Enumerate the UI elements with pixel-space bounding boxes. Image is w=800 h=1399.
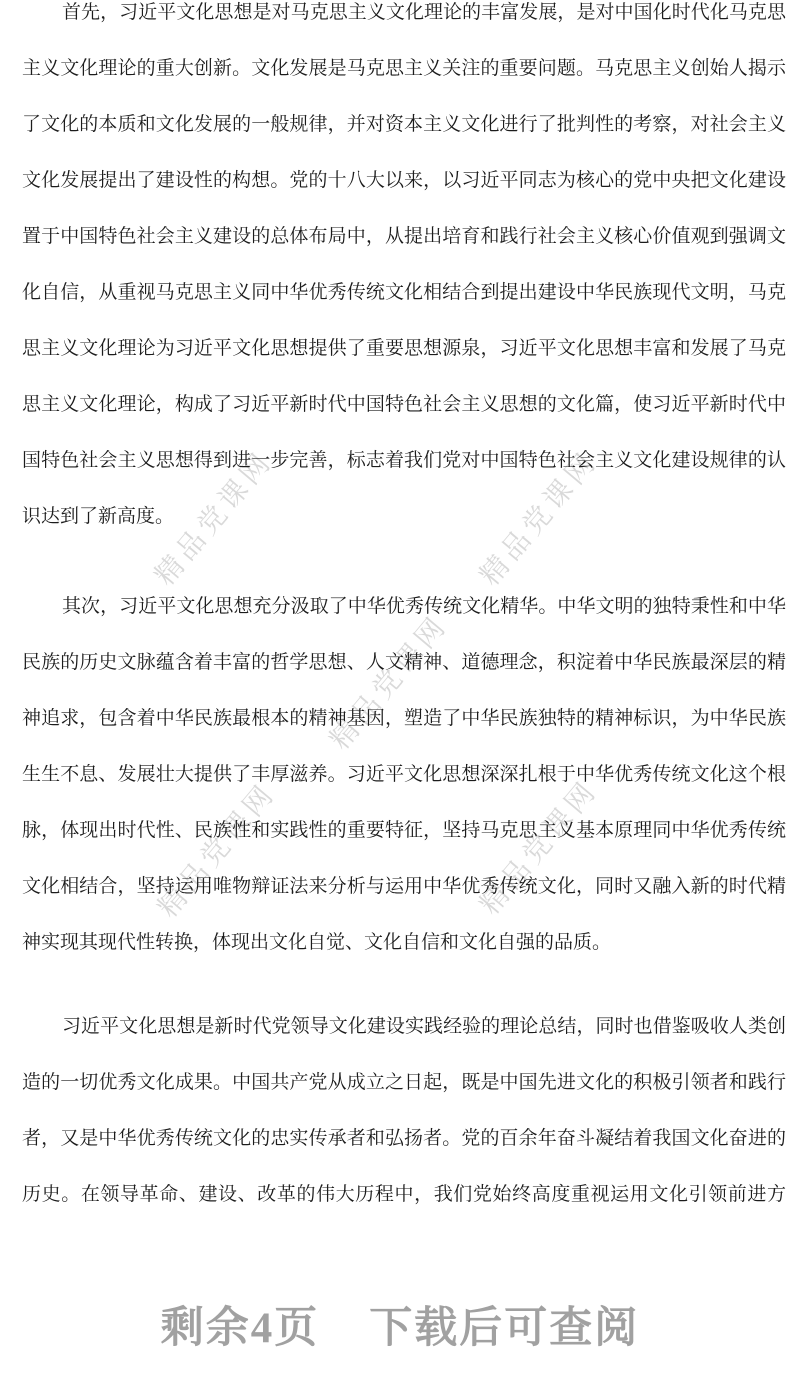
text-line: 神追求，包含着中华民族最根本的精神基因，塑造了中华民族独特的精神标识，为中华民族 xyxy=(22,691,786,747)
text-line: 生生不息、发展壮大提供了丰厚滋养。习近平文化思想深深扎根于中华优秀传统文化这个根 xyxy=(22,747,786,803)
text-line: 置于中国特色社会主义建设的总体布局中，从提出培育和践行社会主义核心价值观到强调文 xyxy=(22,209,786,265)
text-line: 脉，体现出时代性、民族性和实践性的重要特征，坚持马克思主义基本原理同中华优秀传统 xyxy=(22,803,786,859)
text-line: 思主义文化理论，构成了习近平新时代中国特色社会主义思想的文化篇，使习近平新时代中 xyxy=(22,377,786,433)
text-line: 神实现其现代性转换，体现出文化自觉、文化自信和文化自强的品质。 xyxy=(22,915,786,971)
text-line: 了文化的本质和文化发展的一般规律，并对资本主义文化进行了批判性的考察，对社会主义 xyxy=(22,97,786,153)
text-line: 识达到了新高度。 xyxy=(22,489,786,545)
text-line: 历史。在领导革命、建设、改革的伟大历程中，我们党始终高度重视运用文化引领前进方向… xyxy=(22,1167,786,1223)
text-line: 其次，习近平文化思想充分汲取了中华优秀传统文化精华。中华文明的独特秉性和中华 xyxy=(22,579,786,635)
text-line: 者，又是中华优秀传统文化的忠实传承者和弘扬者。党的百余年奋斗凝结着我国文化奋进的 xyxy=(22,1111,786,1167)
paragraph: 其次，习近平文化思想充分汲取了中华优秀传统文化精华。中华文明的独特秉性和中华民族… xyxy=(22,579,786,971)
text-line: 造的一切优秀文化成果。中国共产党从成立之日起，既是中国先进文化的积极引领者和践行 xyxy=(22,1055,786,1111)
text-line: 习近平文化思想是新时代党领导文化建设实践经验的理论总结，同时也借鉴吸收人类创 xyxy=(22,999,786,1055)
text-line: 思主义文化理论为习近平文化思想提供了重要思想源泉，习近平文化思想丰富和发展了马克 xyxy=(22,321,786,377)
document-body: 首先，习近平文化思想是对马克思主义文化理论的丰富发展，是对中国化时代化马克思主义… xyxy=(0,0,800,1399)
paragraph: 习近平文化思想是新时代党领导文化建设实践经验的理论总结，同时也借鉴吸收人类创造的… xyxy=(22,999,786,1223)
text-line: 首先，习近平文化思想是对马克思主义文化理论的丰富发展，是对中国化时代化马克思 xyxy=(22,0,786,41)
text-line: 主义文化理论的重大创新。文化发展是马克思主义关注的重要问题。马克思主义创始人揭示 xyxy=(22,41,786,97)
text-line: 国特色社会主义思想得到进一步完善，标志着我们党对中国特色社会主义文化建设规律的认 xyxy=(22,433,786,489)
remaining-pages-banner: 剩余4页下载后可查阅 xyxy=(0,1294,800,1355)
download-hint-label: 下载后可查阅 xyxy=(369,1305,639,1352)
text-line: 文化发展提出了建设性的构想。党的十八大以来，以习近平同志为核心的党中央把文化建设 xyxy=(22,153,786,209)
document-page: 精品党课网 精品党课网 精品党课网 精品党课网 精品党课网 首先，习近平文化思想… xyxy=(0,0,800,1399)
text-line: 化自信，从重视马克思主义同中华优秀传统文化相结合到提出建设中华民族现代文明，马克 xyxy=(22,265,786,321)
paragraph: 首先，习近平文化思想是对马克思主义文化理论的丰富发展，是对中国化时代化马克思主义… xyxy=(22,0,786,545)
text-line: 民族的历史文脉蕴含着丰富的哲学思想、人文精神、道德理念，积淀着中华民族最深层的精 xyxy=(22,635,786,691)
remaining-pages-label: 剩余4页 xyxy=(161,1305,320,1352)
text-line: 文化相结合，坚持运用唯物辩证法来分析与运用中华优秀传统文化，同时又融入新的时代精 xyxy=(22,859,786,915)
